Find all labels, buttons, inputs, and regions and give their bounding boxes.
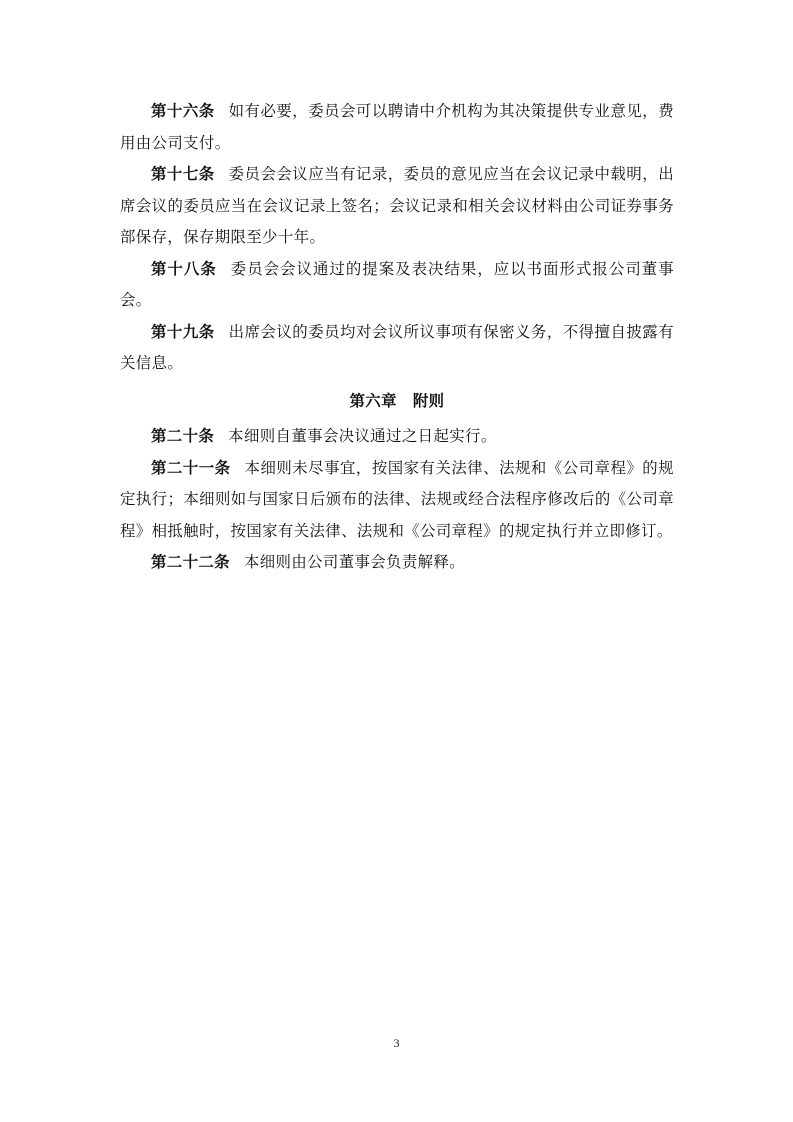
article-18: 第十八条委员会会议通过的提案及表决结果，应以书面形式报公司董事会。 (120, 254, 674, 317)
article-label: 第二十二条 (151, 553, 230, 571)
chapter-title: 附则 (413, 392, 445, 410)
article-16: 第十六条如有必要，委员会可以聘请中介机构为其决策提供专业意见，费用由公司支付。 (120, 96, 674, 159)
document-page: 第十六条如有必要，委员会可以聘请中介机构为其决策提供专业意见，费用由公司支付。 … (0, 0, 793, 1122)
article-17: 第十七条委员会会议应当有记录，委员的意见应当在会议记录中载明，出席会议的委员应当… (120, 159, 674, 254)
chapter-number: 第六章 (350, 392, 397, 410)
chapter-heading: 第六章附则 (120, 386, 674, 418)
article-19: 第十九条出席会议的委员均对会议所议事项有保密义务，不得擅自披露有关信息。 (120, 317, 674, 380)
article-20: 第二十条本细则自董事会决议通过之日起实行。 (120, 421, 674, 453)
article-text: 本细则由公司董事会负责解释。 (244, 553, 465, 571)
article-22: 第二十二条本细则由公司董事会负责解释。 (120, 547, 674, 579)
article-21: 第二十一条本细则未尽事宜，按国家有关法律、法规和《公司章程》的规定执行；本细则如… (120, 453, 674, 548)
article-label: 第十八条 (151, 260, 217, 278)
article-label: 第二十条 (151, 427, 214, 445)
article-label: 第十七条 (151, 165, 215, 183)
article-text: 本细则自董事会决议通过之日起实行。 (228, 427, 496, 445)
article-label: 第二十一条 (151, 459, 231, 477)
article-label: 第十六条 (151, 102, 215, 120)
article-label: 第十九条 (151, 323, 215, 341)
document-body: 第十六条如有必要，委员会可以聘请中介机构为其决策提供专业意见，费用由公司支付。 … (120, 96, 674, 579)
page-number: 3 (0, 1036, 793, 1051)
